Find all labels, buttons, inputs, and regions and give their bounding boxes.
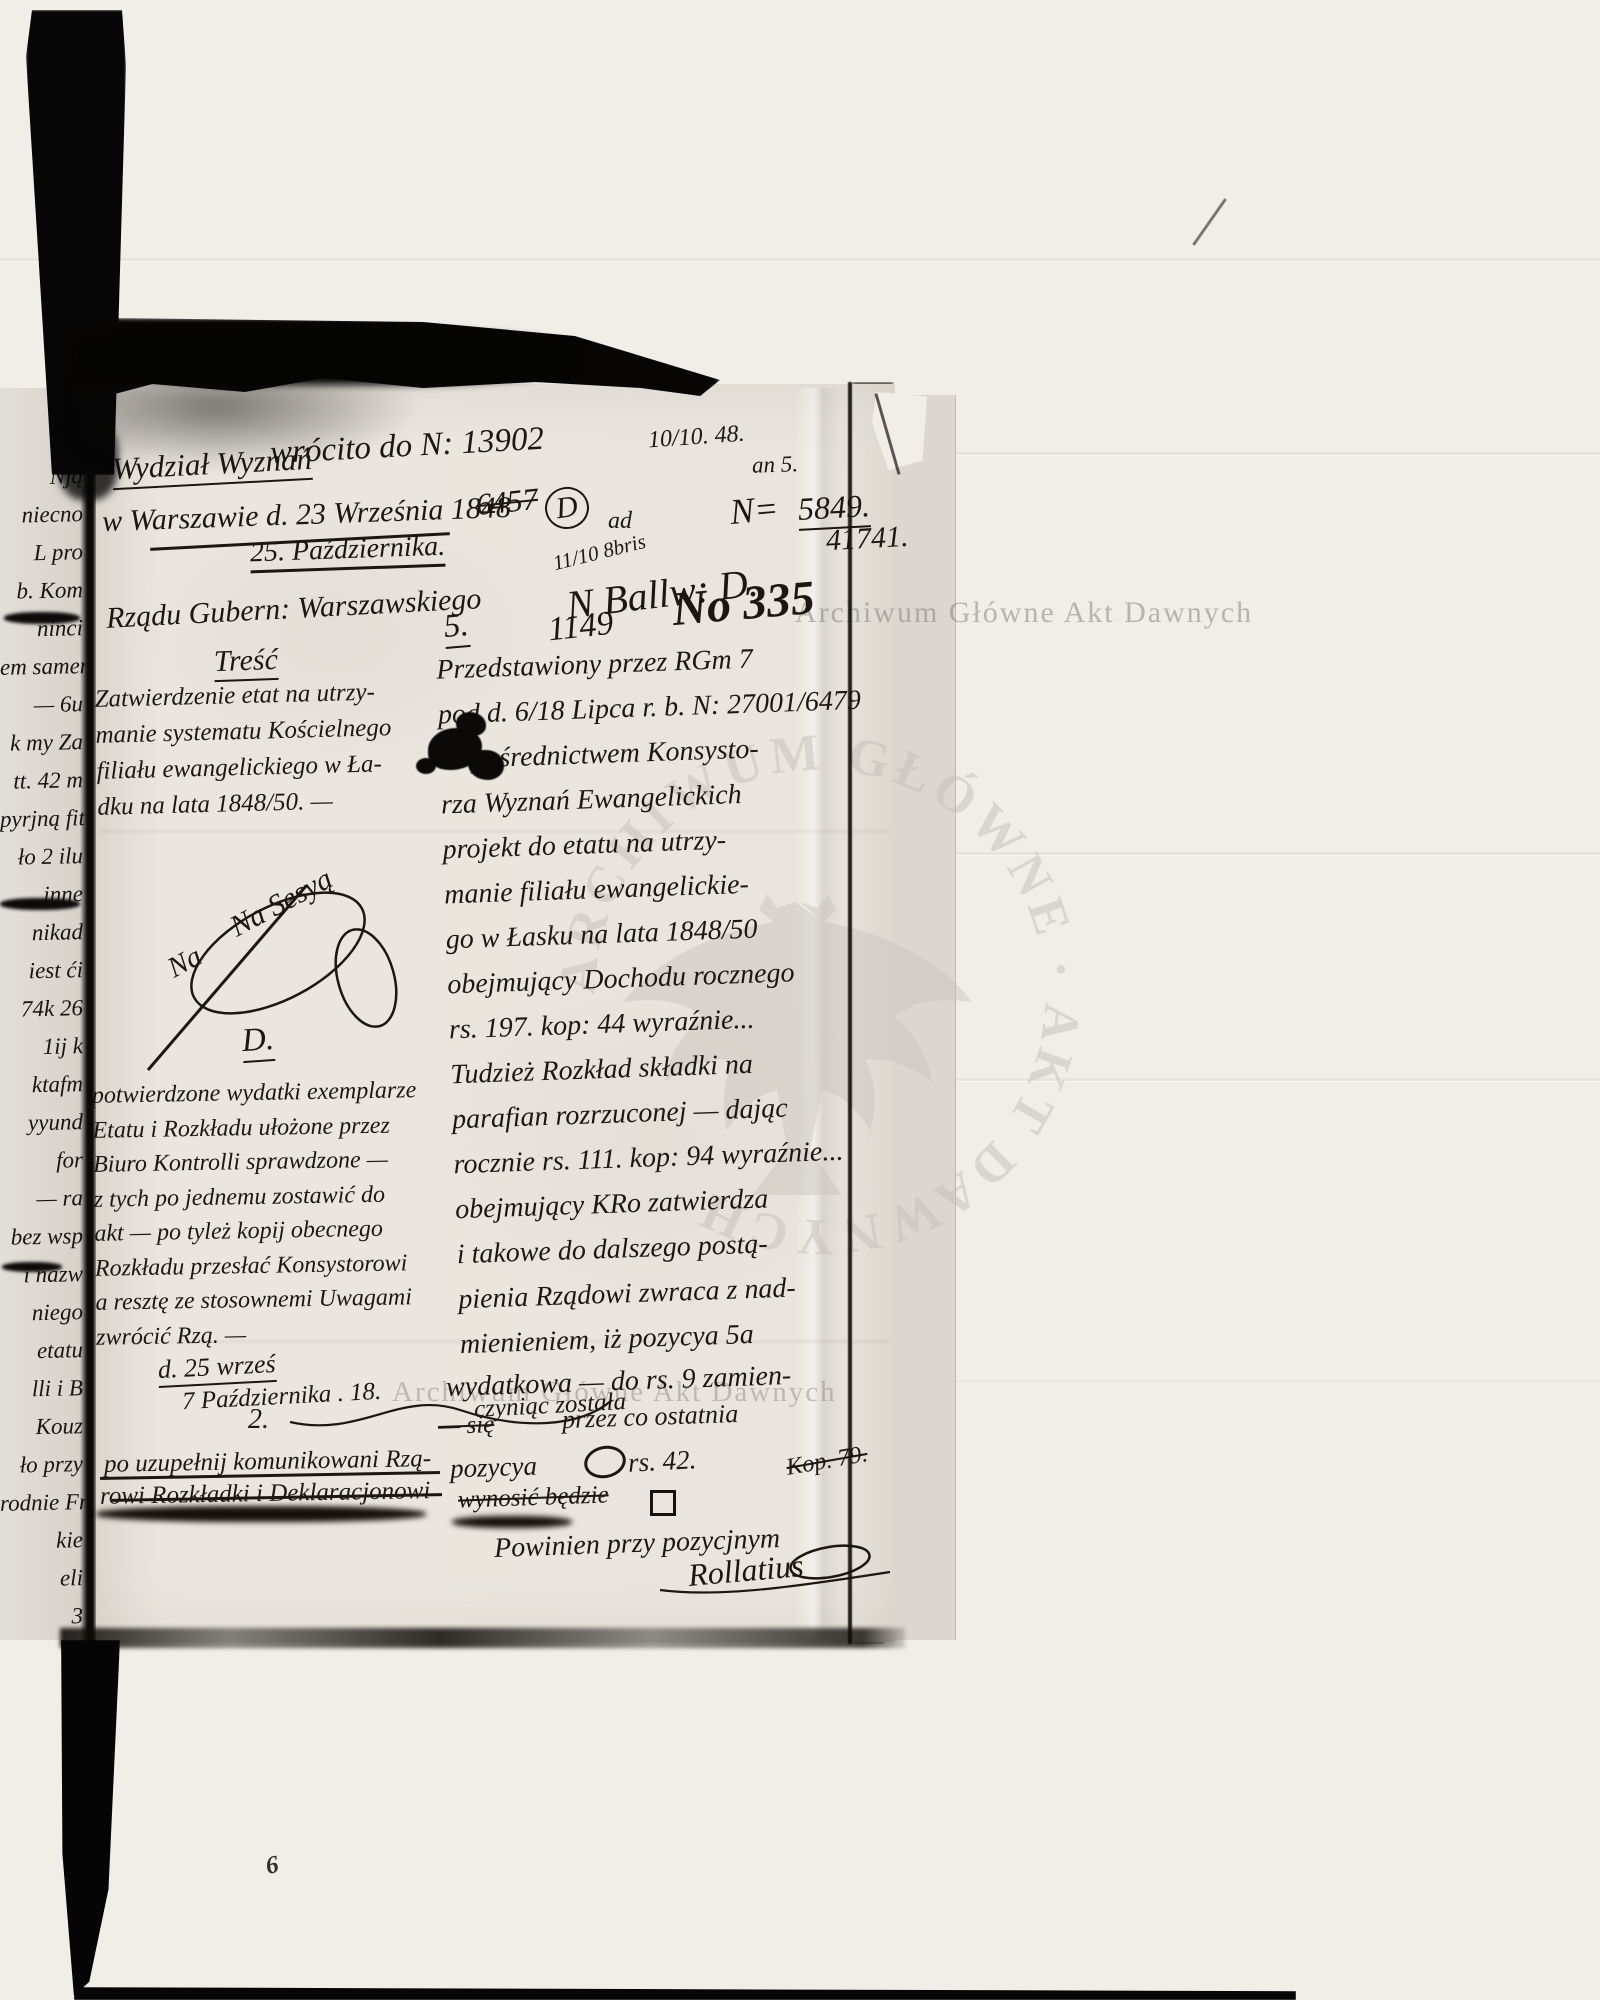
corner-mark: 6: [263, 1851, 281, 1881]
adjacent-page-line: ktafm: [0, 1067, 86, 1107]
resolution-line: Etatu i Rozkładu ułożone przez: [92, 1108, 417, 1148]
ink-blot: [456, 712, 486, 736]
ink-smear: [0, 898, 80, 910]
body-block: Przedstawiony przez RGm 7pod d. 6/18 Lip…: [436, 633, 884, 1367]
resolution-line: a resztę ze stosownemi Uwagami: [95, 1280, 420, 1320]
ink-smear: [4, 612, 80, 624]
summary-block: Zatwierdzenie etat na utrzy-manie system…: [94, 674, 393, 826]
resolution-block: potwierdzone wydatki exemplarzeEtatu i R…: [92, 1073, 421, 1355]
adjacent-page-line: 1ij k: [0, 1029, 86, 1069]
resolution-line: potwierdzone wydatki exemplarze: [92, 1073, 417, 1113]
ink-smear: [452, 1516, 572, 1528]
resolution-line: Biuro Kontrolli sprawdzone —: [93, 1142, 418, 1182]
adjacent-page-line: lli i B: [0, 1371, 86, 1411]
ink-smear: [2, 1262, 62, 1272]
page-bottom-burn: [60, 1628, 905, 1648]
adjacent-page-line: iest ći: [0, 953, 86, 993]
adjacent-page-line: — 6u: [0, 687, 86, 727]
adjacent-page-line: inne: [0, 877, 86, 917]
adjacent-page-line: k my Za: [0, 725, 86, 765]
adjacent-page-line: yyund: [0, 1105, 86, 1145]
resolution-line: Rozkładu przesłać Konsystorowi: [95, 1246, 420, 1286]
film-bar-bottom: [56, 1640, 120, 1996]
adjacent-page-line: — ra: [0, 1181, 86, 1221]
film-scratch: [1192, 198, 1227, 246]
adjacent-page-line: nikad: [0, 915, 86, 955]
background-streak: [920, 452, 1600, 455]
body-continuation: przez co ostatnia: [562, 1399, 739, 1435]
adjacent-page-line: pyrjną fit: [0, 801, 86, 841]
square-mark: [650, 1490, 676, 1516]
body-struck-fragment: — się: [438, 1411, 495, 1441]
smoke-stain: [80, 380, 420, 470]
body-pozycya: pozycya: [449, 1450, 537, 1484]
adjacent-page-line: Kouz: [0, 1409, 86, 1449]
adjacent-page-edge: NjąniecnoL prob. Komninciem samem ba— 6u…: [0, 388, 86, 1640]
ink-smear: [96, 1506, 426, 1522]
header-second-date: 25. Października.: [249, 531, 445, 574]
header-crossed-number: 6457: [474, 481, 539, 523]
resolution-date-3: 2.: [248, 1404, 269, 1436]
scanned-document: 6 NjąniecnoL prob. Komninciem samem ba— …: [0, 0, 1600, 2000]
adjacent-page-line: em samem ba: [0, 649, 86, 689]
body-struck-line: wynosić będzie: [458, 1481, 610, 1514]
adjacent-page-line: L pro: [0, 535, 86, 575]
header-number-label: N=: [728, 487, 780, 533]
adjacent-page-line: rodnie Fn: [0, 1485, 86, 1525]
do-mark: D.: [241, 1021, 276, 1063]
adjacent-page-line: b. Kom: [0, 573, 86, 613]
adjacent-page-line: kie: [0, 1523, 86, 1563]
adjacent-page-line: eli: [0, 1561, 86, 1601]
film-burn-top: [80, 330, 580, 385]
adjacent-page-line: tt. 42 m: [0, 763, 86, 803]
ink-blot: [416, 758, 436, 774]
background-streak: [0, 258, 1600, 261]
adjacent-page-line: ło przy: [0, 1447, 86, 1487]
summary-heading: Treść: [213, 643, 278, 682]
adjacent-page-line: for: [0, 1143, 86, 1183]
resolution-line: akt — po tyleż kopij obecnego: [94, 1211, 419, 1251]
ink-blot: [468, 750, 504, 780]
adjacent-page-line: niego: [0, 1295, 86, 1335]
header-ad-note: ad: [608, 508, 632, 535]
adjacent-page-line: 74k 26: [0, 991, 86, 1031]
body-amount: rs. 42.: [627, 1444, 697, 1479]
adjacent-page-line: ło 2 ilu: [0, 839, 86, 879]
page-right-burn: [848, 382, 852, 1644]
header-office-number: 5.: [442, 607, 470, 649]
film-strip-bottom: [74, 1984, 1296, 2000]
resolution-line: z tych po jednemu zostawić do: [93, 1177, 418, 1217]
adjacent-page-line: niecno: [0, 497, 86, 537]
resolution-date-1: d. 25 wrześ: [157, 1349, 276, 1388]
adjacent-page-line: bez wsp: [0, 1219, 86, 1259]
adjacent-page-line: etatu: [0, 1333, 86, 1373]
header-annex-note: an 5.: [752, 451, 799, 479]
